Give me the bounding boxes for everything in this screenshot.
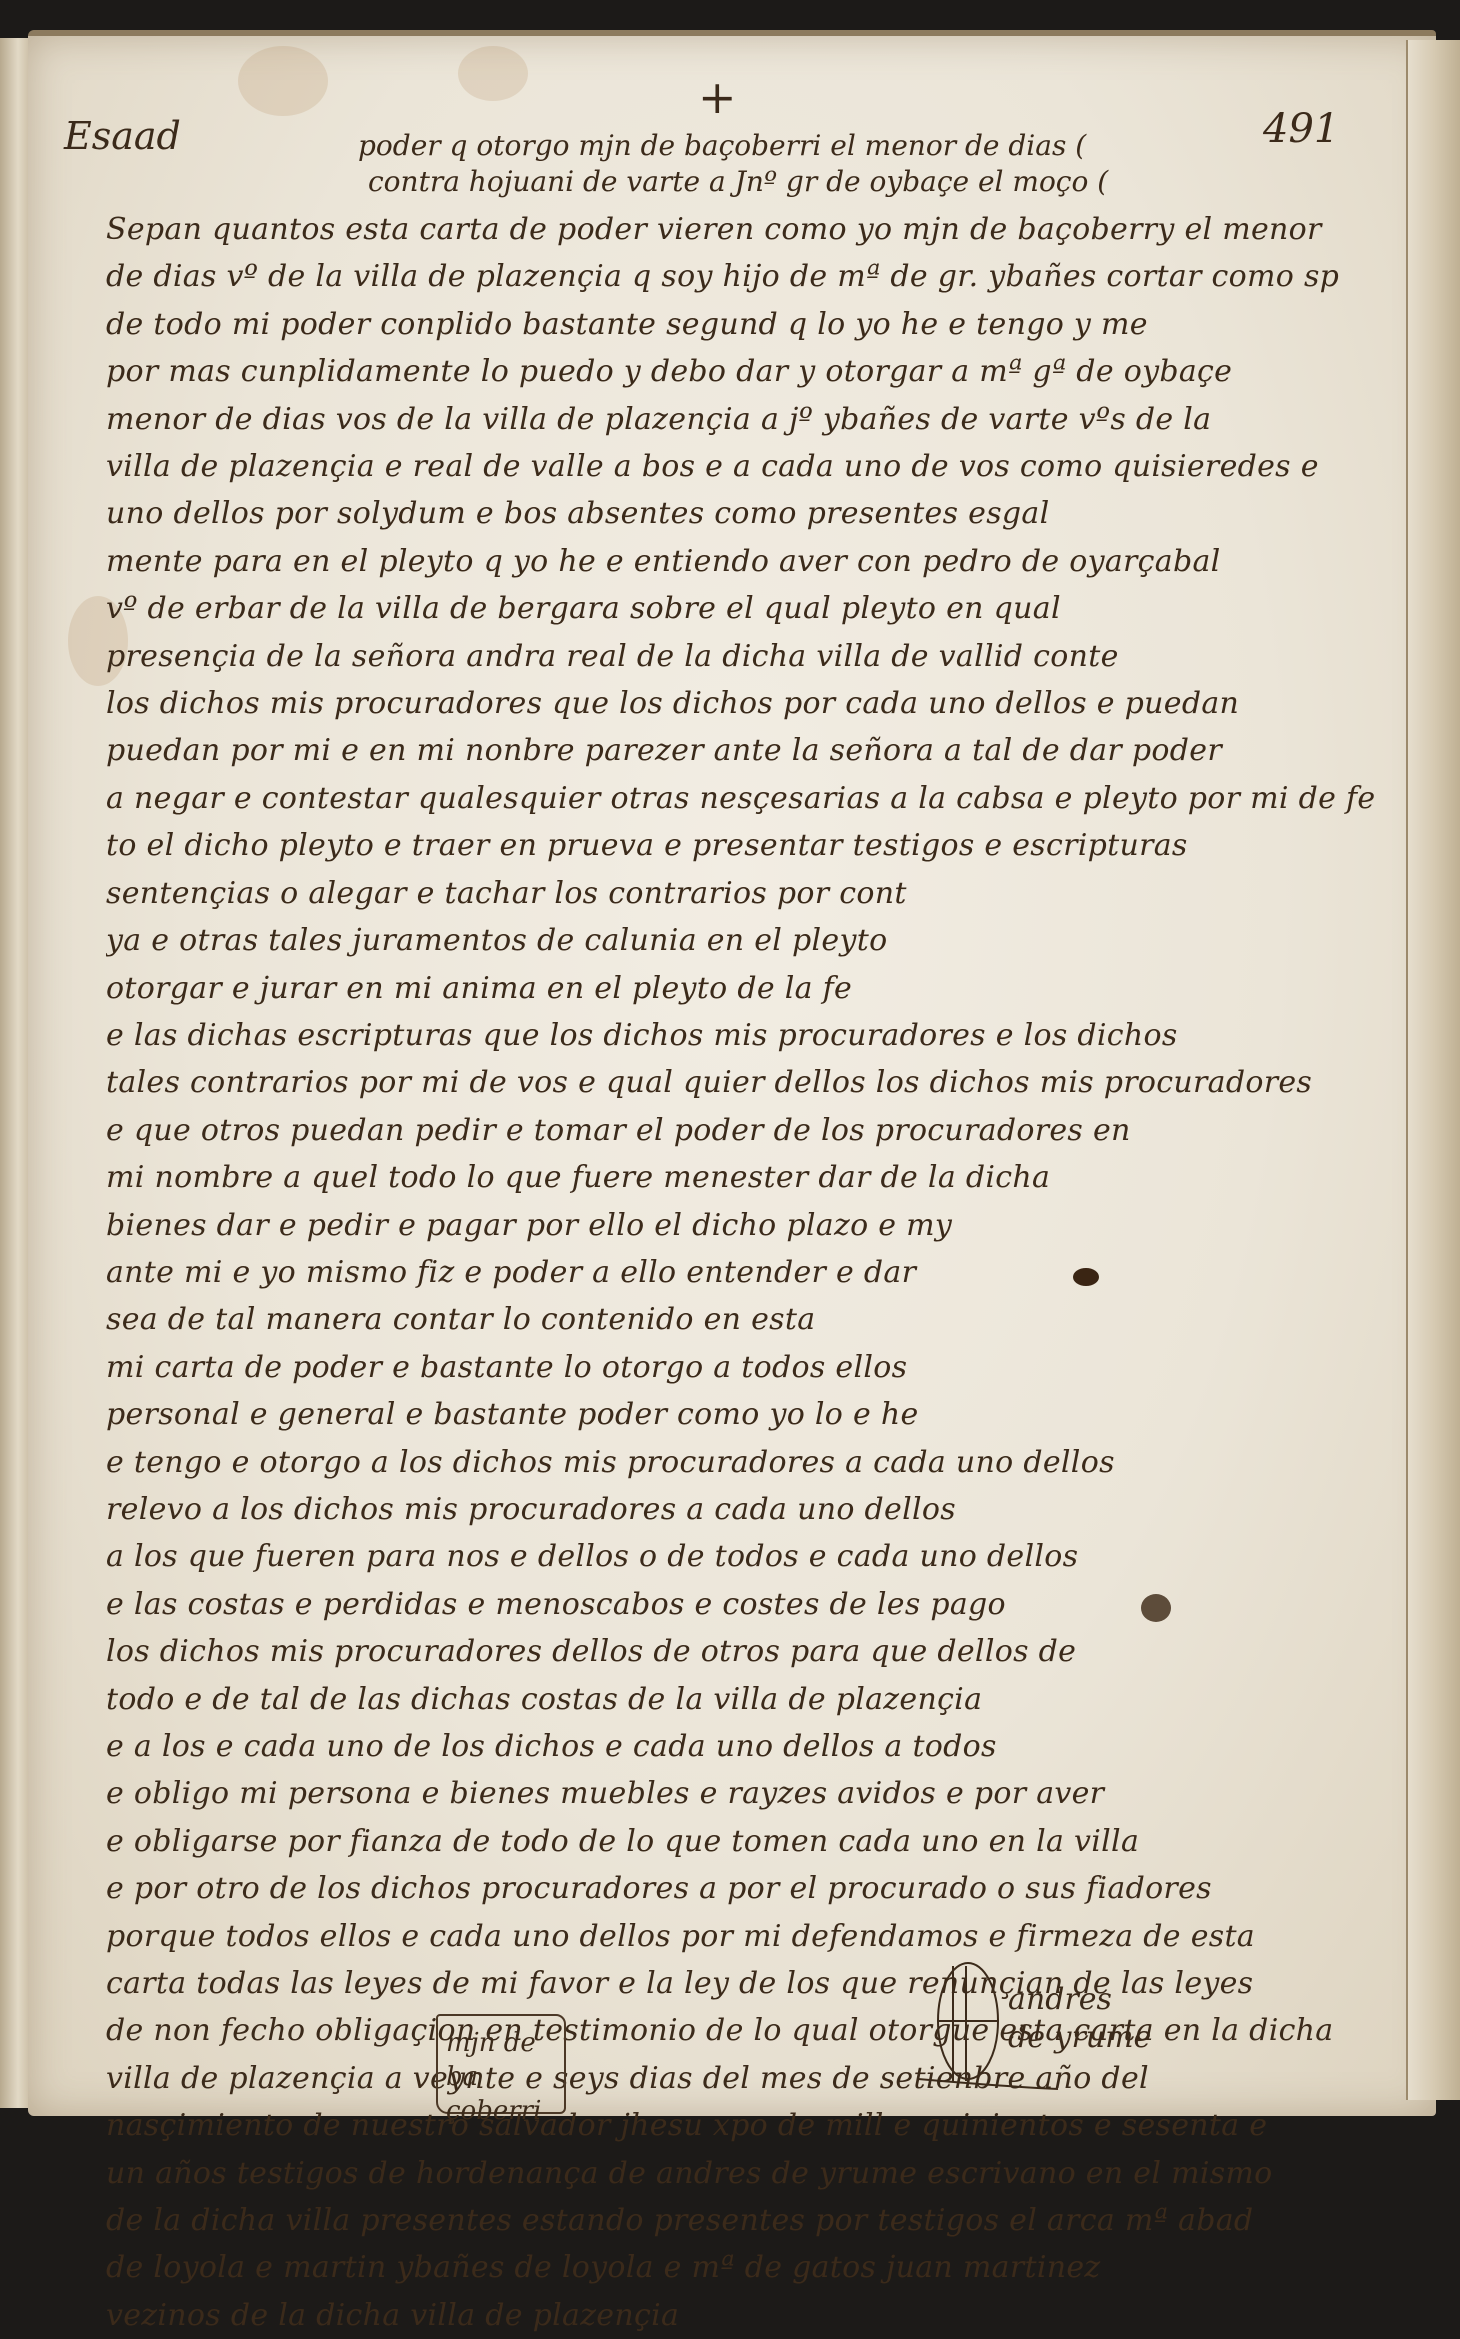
ink-blot bbox=[1141, 1594, 1171, 1622]
text-line: los dichos mis procuradores dellos de ot… bbox=[106, 1628, 1426, 1675]
text-line: to el dicho pleyto e traer en prueva e p… bbox=[106, 822, 1426, 869]
text-line: vº de erbar de la villa de bergara sobre… bbox=[106, 585, 1426, 632]
cross-mark: + bbox=[698, 70, 737, 124]
text-line: de todo mi poder conplido bastante segun… bbox=[106, 301, 1426, 348]
text-line: relevo a los dichos mis procuradores a c… bbox=[106, 1486, 1426, 1533]
water-stain bbox=[458, 46, 528, 101]
signature-line: de yrume bbox=[1008, 2019, 1151, 2057]
text-line: e que otros puedan pedir e tomar el pode… bbox=[106, 1107, 1426, 1154]
text-line: e tengo e otorgo a los dichos mis procur… bbox=[106, 1439, 1426, 1486]
text-line: de dias vº de la villa de plazençia q so… bbox=[106, 253, 1426, 300]
text-line: los dichos mis procuradores que los dich… bbox=[106, 680, 1426, 727]
text-line: menor de dias vos de la villa de plazenç… bbox=[106, 396, 1426, 443]
text-line: bienes dar e pedir e pagar por ello el d… bbox=[106, 1202, 1426, 1249]
text-line: mi carta de poder e bastante lo otorgo a… bbox=[106, 1344, 1426, 1391]
text-line: por mas cunplidamente lo puedo y debo da… bbox=[106, 348, 1426, 395]
manuscript-scan: Esaad + 491 poder q otorgo mjn de baçobe… bbox=[0, 0, 1460, 2126]
text-line: mi nombre a quel todo lo que fuere menes… bbox=[106, 1154, 1426, 1201]
text-line: a negar e contestar qualesquier otras ne… bbox=[106, 775, 1426, 822]
signature-line: andres bbox=[1008, 1981, 1151, 2019]
text-line: e por otro de los dichos procuradores a … bbox=[106, 1865, 1426, 1912]
text-line: personal e general e bastante poder como… bbox=[106, 1391, 1426, 1438]
facing-page-edge bbox=[0, 38, 31, 2108]
binding-edge bbox=[1406, 40, 1460, 2100]
text-line: sentençias o alegar e tachar los contrar… bbox=[106, 870, 1426, 917]
notary-signature: andres de yrume bbox=[908, 1961, 1188, 2091]
notary-mark-line: çoberri bbox=[446, 2094, 556, 2126]
text-line: presençia de la señora andra real de la … bbox=[106, 633, 1426, 680]
text-line: ya e otras tales juramentos de calunia e… bbox=[106, 917, 1426, 964]
margin-note: Esaad bbox=[64, 114, 181, 158]
text-line: otorgar e jurar en mi anima en el pleyto… bbox=[106, 965, 1426, 1012]
text-line: tales contrarios por mi de vos e qual qu… bbox=[106, 1059, 1426, 1106]
heading-line: contra hojuani de varte a Jnº gr de oyba… bbox=[358, 164, 1318, 200]
text-line: e a los e cada uno de los dichos e cada … bbox=[106, 1723, 1426, 1770]
text-line: villa de plazençia a veynte e seys dias … bbox=[106, 2055, 1426, 2102]
water-stain bbox=[238, 46, 328, 116]
text-line: carta todas las leyes de mi favor e la l… bbox=[106, 1960, 1426, 2007]
ink-blot bbox=[1073, 1268, 1099, 1286]
text-line: de non fecho obligaçion en testimonio de… bbox=[106, 2007, 1426, 2054]
text-line: ante mi e yo mismo fiz e poder a ello en… bbox=[106, 1249, 1426, 1296]
text-line: nasçimiento de nuestro salvador jhesu xp… bbox=[106, 2102, 1426, 2126]
notary-mark-box: mjn de ba çoberri bbox=[436, 2014, 566, 2114]
text-line: todo e de tal de las dichas costas de la… bbox=[106, 1676, 1426, 1723]
document-body: Sepan quantos esta carta de poder vieren… bbox=[106, 206, 1426, 2126]
text-line: e las costas e perdidas e menoscabos e c… bbox=[106, 1581, 1426, 1628]
text-line: e las dichas escripturas que los dichos … bbox=[106, 1012, 1426, 1059]
heading-line: poder q otorgo mjn de baçoberri el menor… bbox=[358, 128, 1318, 164]
text-line: Sepan quantos esta carta de poder vieren… bbox=[106, 206, 1426, 253]
text-line: porque todos ellos e cada uno dellos por… bbox=[106, 1913, 1426, 1960]
text-line: a los que fueren para nos e dellos o de … bbox=[106, 1533, 1426, 1580]
signature-text: andres de yrume bbox=[1008, 1981, 1151, 2057]
text-line: mente para en el pleyto q yo he e entien… bbox=[106, 538, 1426, 585]
text-line: e obligarse por fianza de todo de lo que… bbox=[106, 1818, 1426, 1865]
notary-mark-line: mjn de ba bbox=[446, 2026, 556, 2094]
text-line: puedan por mi e en mi nonbre parezer ant… bbox=[106, 727, 1426, 774]
text-line: sea de tal manera contar lo contenido en… bbox=[106, 1296, 1426, 1343]
document-heading: poder q otorgo mjn de baçoberri el menor… bbox=[358, 128, 1318, 200]
text-line: e obligo mi persona e bienes muebles e r… bbox=[106, 1770, 1426, 1817]
text-line: villa de plazençia e real de valle a bos… bbox=[106, 443, 1426, 490]
text-line: uno dellos por solydum e bos absentes co… bbox=[106, 490, 1426, 537]
manuscript-page: Esaad + 491 poder q otorgo mjn de baçobe… bbox=[28, 30, 1436, 2116]
